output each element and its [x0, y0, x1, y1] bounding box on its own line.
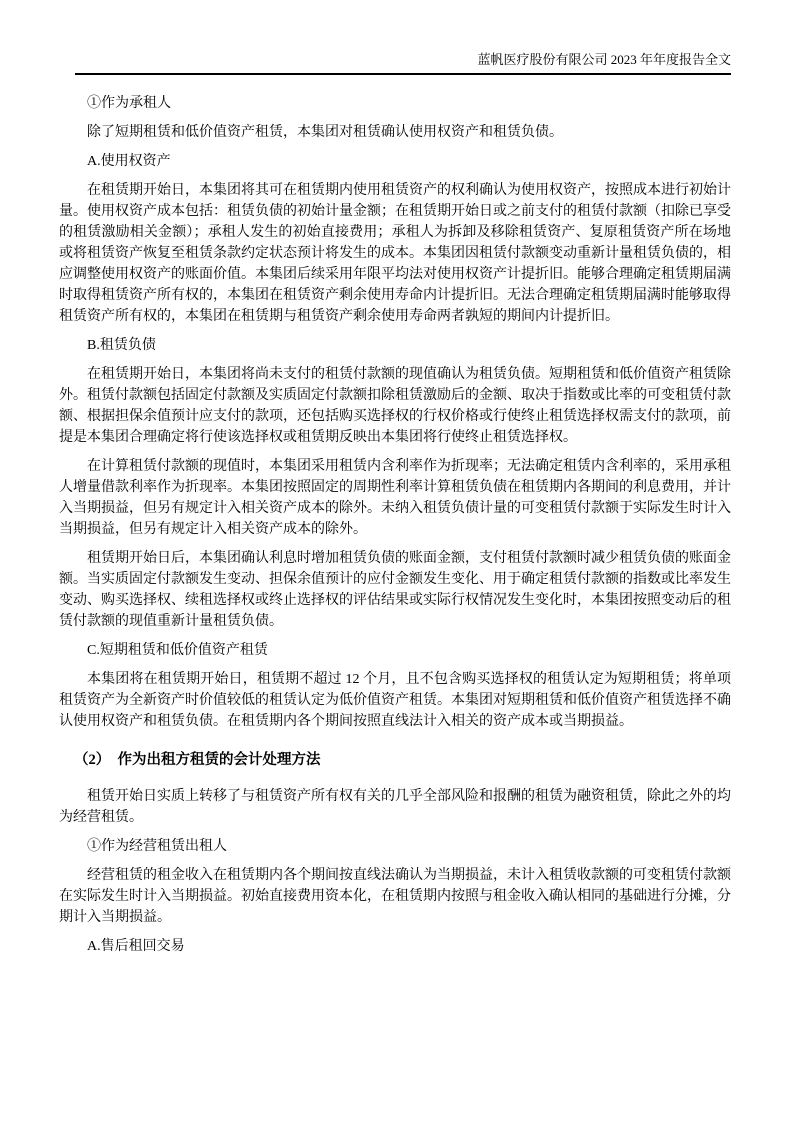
paragraph-lessee-intro: 除了短期租赁和低价值资产租赁，本集团对租赁确认使用权资产和租赁负债。 [59, 122, 731, 143]
paragraph-right-of-use-asset: 在租赁期开始日，本集团将其可在租赁期内使用租赁资产的权利确认为使用权资产，按照成… [59, 180, 731, 327]
heading-right-of-use-asset: A.使用权资产 [59, 151, 731, 172]
paragraph-short-term-low-value-lease: 本集团将在租赁期开始日，租赁期不超过 12 个月，且不包含购买选择权的租赁认定为… [59, 669, 731, 732]
heading-as-lessee: ①作为承租人 [59, 93, 731, 114]
report-page: 蓝帆医疗股份有限公司 2023 年年度报告全文 ①作为承租人 除了短期租赁和低价… [0, 0, 793, 1122]
heading-as-lessor-accounting-method: （2） 作为出租方租赁的会计处理方法 [59, 750, 731, 771]
heading-short-term-low-value-lease: C.短期租赁和低价值资产租赁 [59, 640, 731, 661]
heading-sale-and-leaseback: A.售后租回交易 [59, 936, 731, 957]
heading-lease-liability: B.租赁负债 [59, 335, 731, 356]
heading-operating-lease-lessor: ①作为经营租赁出租人 [59, 836, 731, 857]
paragraph-lessor-classification: 租赁开始日实质上转移了与租赁资产所有权有关的几乎全部风险和报酬的租赁为融资租赁，… [59, 786, 731, 828]
paragraph-lease-liability-remeasurement: 租赁期开始日后，本集团确认利息时增加租赁负债的账面金额，支付租赁付款额时减少租赁… [59, 548, 731, 632]
document-body: ①作为承租人 除了短期租赁和低价值资产租赁，本集团对租赁确认使用权资产和租赁负债… [0, 75, 793, 957]
page-header: 蓝帆医疗股份有限公司 2023 年年度报告全文 [0, 0, 793, 68]
paragraph-lease-liability-discount-rate: 在计算租赁付款额的现值时，本集团采用租赁内含利率作为折现率；无法确定租赁内含利率… [59, 456, 731, 540]
page-header-text: 蓝帆医疗股份有限公司 2023 年年度报告全文 [477, 52, 731, 67]
paragraph-operating-lease-income: 经营租赁的租金收入在租赁期内各个期间按直线法确认为当期损益，未计入租赁收款额的可… [59, 865, 731, 928]
paragraph-lease-liability-recognition: 在租赁期开始日，本集团将尚未支付的租赁付款额的现值确认为租赁负债。短期租赁和低价… [59, 364, 731, 448]
